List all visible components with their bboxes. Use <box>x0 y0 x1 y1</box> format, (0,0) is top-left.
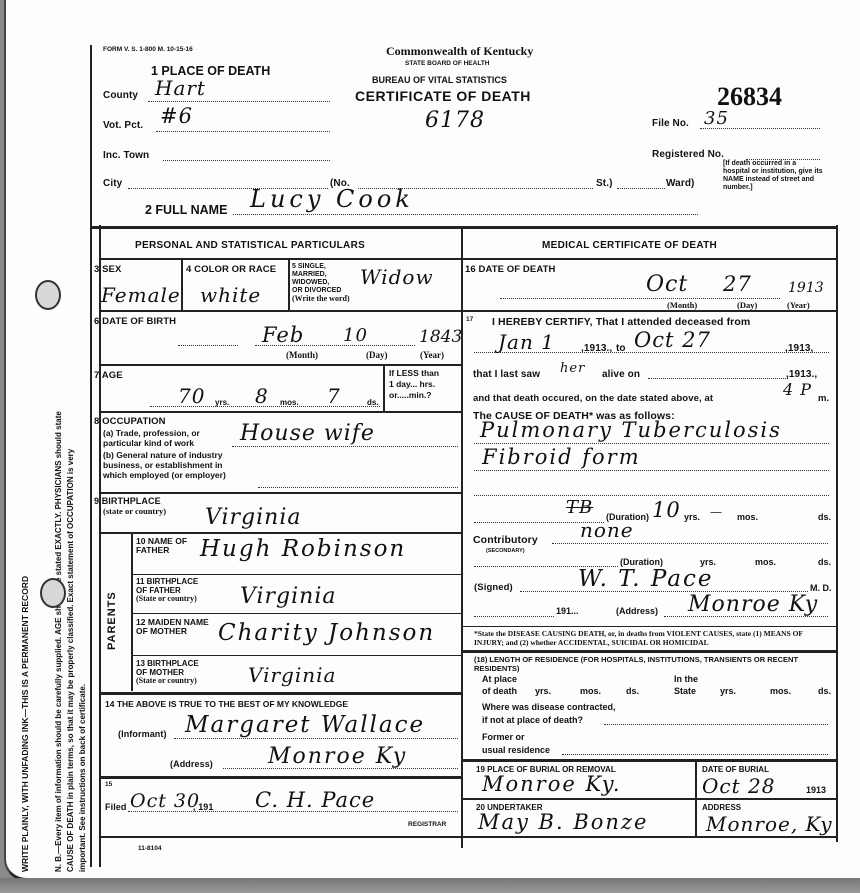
less-than-day-box: If LESS than 1 day... hrs. or.....min.? <box>389 368 439 401</box>
physician-address-value: Monroe Ky <box>688 592 818 617</box>
state-label: State <box>674 686 696 696</box>
margin-instruction-cause: CAUSE OF DEATH in plain terms, so that i… <box>66 449 75 872</box>
mother-name-value: Charity Johnson <box>218 620 435 646</box>
duration-mos-label: mos. <box>737 512 758 522</box>
signed-date-line <box>474 616 554 617</box>
race-label: 4 COLOR OR RACE <box>186 264 276 275</box>
contributory-label: Contributory <box>473 534 538 546</box>
usual-residence-label: usual residence <box>482 745 550 755</box>
burial-date-label: DATE OF BURIAL <box>702 765 769 774</box>
father-birthplace-value: Virginia <box>240 584 337 609</box>
of-death-label: of death <box>482 686 517 696</box>
res-place-mos: mos. <box>580 686 601 696</box>
inc-town-line <box>163 160 330 161</box>
dob-day-caption: (Day) <box>366 350 388 360</box>
dod-year: 1913 <box>788 280 824 296</box>
sex-label: 3 SEX <box>94 264 121 275</box>
age-ds-label: ds. <box>367 398 379 407</box>
at-place-label: At place <box>482 674 517 684</box>
registrar-value: C. H. Pace <box>255 788 375 812</box>
hospital-note: [If death occurred in a hospital or inst… <box>723 160 823 192</box>
race-marital-divider <box>288 259 290 310</box>
medical-heading: MEDICAL CERTIFICATE OF DEATH <box>542 240 717 251</box>
form-number: FORM V. S. 1-800 M. 10-15-16 <box>103 46 193 53</box>
birthplace-label: 9 BIRTHPLACE <box>94 496 161 506</box>
personal-heading: PERSONAL AND STATISTICAL PARTICULARS <box>135 240 365 251</box>
row-rule-certify <box>463 310 836 312</box>
certificate-number-handwritten: 6178 <box>425 108 485 133</box>
punch-hole-top <box>35 280 61 310</box>
contracted-line <box>604 724 828 725</box>
parents-side-divider <box>131 533 133 691</box>
secondary-label: (SECONDARY) <box>486 548 525 554</box>
burial-date-value: Oct 28 <box>702 774 775 798</box>
county-label: County <box>103 90 138 101</box>
not-at-place-label: if not at place of death? <box>482 715 583 725</box>
certify-number: 17 <box>466 316 473 323</box>
row-rule-birthplace <box>99 492 461 494</box>
burial-year: 1913 <box>806 785 826 795</box>
registered-no-label: Registered No. <box>652 149 724 160</box>
item-15-number: 15 <box>105 781 112 788</box>
ward-label: Ward) <box>666 178 694 189</box>
cause-line-1 <box>474 443 829 444</box>
alive-on-label: alive on <box>602 369 640 380</box>
contributory-value: none <box>580 518 634 542</box>
contributory-ds-label: ds. <box>818 557 831 567</box>
dod-day: 27 <box>723 272 752 296</box>
dob-year-caption: (Year) <box>420 350 444 360</box>
attended-to-value: Oct 27 <box>634 328 711 352</box>
dob-label: 6 DATE OF BIRTH <box>94 316 176 327</box>
row-rule-informant <box>99 692 461 695</box>
informant-address-value: Monroe Ky <box>268 744 407 769</box>
certify-statement: I HEREBY CERTIFY, That I attended deceas… <box>492 316 750 328</box>
informant-statement: 14 THE ABOVE IS TRUE TO THE BEST OF MY K… <box>105 699 348 709</box>
duration-yrs-label: yrs. <box>684 512 700 522</box>
dob-month-caption: (Month) <box>286 350 318 360</box>
res-place-yrs: yrs. <box>535 686 551 696</box>
death-time-value: 4 P <box>783 380 812 399</box>
undertaker-value: May B. Bonze <box>478 810 648 834</box>
death-time-m-label: m. <box>818 393 829 404</box>
dod-month: Oct <box>646 272 688 297</box>
marital-value: Widow <box>360 265 434 289</box>
street-label: St.) <box>596 178 613 189</box>
former-label: Former or <box>482 732 525 742</box>
dob-day: 10 <box>343 325 368 346</box>
full-name-label: 2 FULL NAME <box>145 203 227 217</box>
burial-place-value: Monroe Ky. <box>482 772 622 796</box>
res-state-yrs: yrs. <box>720 686 736 696</box>
frame-right-line <box>836 225 838 842</box>
dod-line <box>500 298 780 299</box>
attended-to-year: ,1913, <box>785 343 813 354</box>
commonwealth-title: Commonwealth of Kentucky <box>386 44 533 59</box>
usual-residence-line <box>562 754 828 755</box>
sex-race-divider <box>181 259 183 310</box>
footer-code: 11-8104 <box>138 845 162 852</box>
res-place-ds: ds. <box>626 686 639 696</box>
footnote-rule <box>463 626 836 627</box>
parents-side-label: PARENTS <box>106 591 118 650</box>
scan-background <box>0 878 860 893</box>
file-no-value: 35 <box>704 108 729 129</box>
dob-line-blank <box>178 345 238 346</box>
dob-year: 1843 <box>419 327 462 347</box>
signed-date-191: 191... <box>556 606 579 616</box>
alive-on-year: ,1913., <box>786 369 817 380</box>
occupation-label: 8 OCCUPATION <box>94 416 166 427</box>
bureau-name: BUREAU OF VITAL STATISTICS <box>372 75 507 85</box>
duration-years-value: 10 <box>652 498 681 522</box>
informant-line <box>174 738 458 739</box>
margin-instruction-write-plainly: WRITE PLAINLY, WITH UNFADING INK—THIS IS… <box>20 576 30 872</box>
occupation-b-line <box>258 487 458 488</box>
duration-ds-label: ds. <box>818 512 831 522</box>
personal-heading-rule <box>99 258 461 260</box>
row-rule-dob <box>99 310 461 312</box>
column-divider <box>461 228 463 848</box>
header-divider <box>90 226 838 229</box>
informant-label: (Informant) <box>118 729 167 739</box>
in-the-label: In the <box>674 674 698 684</box>
vot-pct-line <box>156 131 330 132</box>
filed-date-value: Oct 30 <box>130 790 200 812</box>
vot-pct-value: #6 <box>160 104 193 128</box>
dod-year-caption: (Year) <box>787 300 810 310</box>
filed-label: Filed <box>105 802 127 812</box>
inc-town-label: Inc. Town <box>103 150 149 161</box>
signed-label: (Signed) <box>474 582 513 593</box>
attended-from-value: Jan 1 <box>498 330 555 354</box>
full-name-value: Lucy Cook <box>250 185 414 213</box>
birthplace-note: (state or country) <box>103 506 166 516</box>
age-yrs-label: yrs. <box>215 398 229 407</box>
age-years: 70 <box>178 384 205 408</box>
occupation-a-line <box>232 446 458 447</box>
cause-footnote: *State the DISEASE CAUSING DEATH, or, in… <box>474 629 834 647</box>
father-name-label: 10 NAME OF FATHER <box>136 537 187 555</box>
marital-label: 5 SINGLE, MARRIED, WIDOWED, OR DIVORCED … <box>292 263 350 303</box>
attended-from-year: ,1913., <box>581 343 612 354</box>
duration-prefix-value: TB <box>566 497 593 518</box>
cause-of-death-line1: Pulmonary Tuberculosis <box>480 418 782 442</box>
cause-line-2 <box>474 470 829 471</box>
filed-year-label: , 191 <box>193 802 214 812</box>
row-rule-parents <box>99 532 461 534</box>
death-occurred-statement: and that death occured, on the date stat… <box>473 393 713 404</box>
father-name-value: Hugh Robinson <box>200 536 406 562</box>
row-rule-mother-name <box>132 613 461 614</box>
margin-instruction-important: important. See instructions on back of c… <box>78 684 87 872</box>
city-label: City <box>103 178 122 189</box>
dod-label: 16 DATE OF DEATH <box>465 264 555 275</box>
informant-value: Margaret Wallace <box>185 712 425 738</box>
occupation-b-label: (b) General nature of industry business,… <box>103 450 226 480</box>
residence-rule <box>463 650 836 653</box>
age-mos-label: mos. <box>280 398 299 407</box>
undertaker-rule <box>463 798 836 800</box>
dod-day-caption: (Day) <box>737 300 757 310</box>
row-rule-father-birthplace <box>132 574 461 575</box>
margin-instruction-nb: N. B.—Every item of information should b… <box>54 411 63 872</box>
bottom-rule <box>99 836 838 838</box>
duration-months-value: — <box>710 505 723 519</box>
informant-address-label: (Address) <box>170 759 213 769</box>
contracted-label: Where was disease contracted, <box>482 702 616 712</box>
file-no-label: File No. <box>652 118 689 129</box>
age-less-divider <box>383 365 385 411</box>
mother-name-label: 12 MAIDEN NAME OF MOTHER <box>136 618 209 636</box>
last-saw-pronoun: her <box>560 361 585 376</box>
birthplace-value: Virginia <box>205 505 302 530</box>
physician-signature: W. T. Pace <box>578 566 713 592</box>
attended-to-label: to <box>616 343 626 354</box>
age-months: 8 <box>255 384 269 408</box>
res-state-ds: ds. <box>818 686 831 696</box>
occupation-a-label: (a) Trade, profession, or particular kin… <box>103 428 200 448</box>
row-rule-age <box>99 364 461 366</box>
undertaker-address-label: ADDRESS <box>702 803 741 812</box>
contributory-mos-label: mos. <box>755 557 776 567</box>
occupation-a-value: House wife <box>240 421 375 446</box>
physician-address-label: (Address) <box>616 606 658 616</box>
dod-month-caption: (Month) <box>667 300 697 310</box>
registrar-label: REGISTRAR <box>408 821 446 828</box>
cause-line-3 <box>474 495 829 496</box>
punch-hole-bottom <box>40 578 66 608</box>
county-value: Hart <box>155 76 206 100</box>
undertaker-address-value: Monroe, Ky <box>706 812 833 836</box>
mother-birthplace-label: 13 BIRTHPLACE OF MOTHER (State or countr… <box>136 660 199 686</box>
row-rule-occupation <box>99 411 461 413</box>
vot-pct-label: Vot. Pct. <box>103 120 143 131</box>
contributory-line <box>552 543 828 544</box>
row-rule-filed <box>99 776 461 779</box>
medical-heading-rule <box>463 258 836 260</box>
res-state-mos: mos. <box>770 686 791 696</box>
last-saw-label: that I last saw <box>473 369 540 380</box>
burial-rule <box>463 759 836 762</box>
cause-of-death-line2: Fibroid form <box>482 445 641 469</box>
board-name: STATE BOARD OF HEALTH <box>405 60 490 67</box>
mother-birthplace-value: Virginia <box>248 663 336 687</box>
county-line <box>148 101 330 102</box>
full-name-line <box>233 214 698 215</box>
certificate-title: CERTIFICATE OF DEATH <box>355 88 531 104</box>
age-label: 7 AGE <box>94 370 123 381</box>
ward-line <box>617 188 665 189</box>
residence-heading: (18) LENGTH OF RESIDENCE (FOR HOSPITALS,… <box>474 655 834 673</box>
frame-left-line <box>90 45 92 867</box>
race-value: white <box>200 283 261 307</box>
father-birthplace-label: 11 BIRTHPLACE OF FATHER (State or countr… <box>136 578 198 604</box>
alive-on-line <box>648 378 788 379</box>
dob-month: Feb <box>262 323 304 347</box>
sex-value: Female <box>101 283 181 307</box>
age-days: 7 <box>327 384 341 408</box>
row-rule-mother-birthplace <box>132 655 461 656</box>
